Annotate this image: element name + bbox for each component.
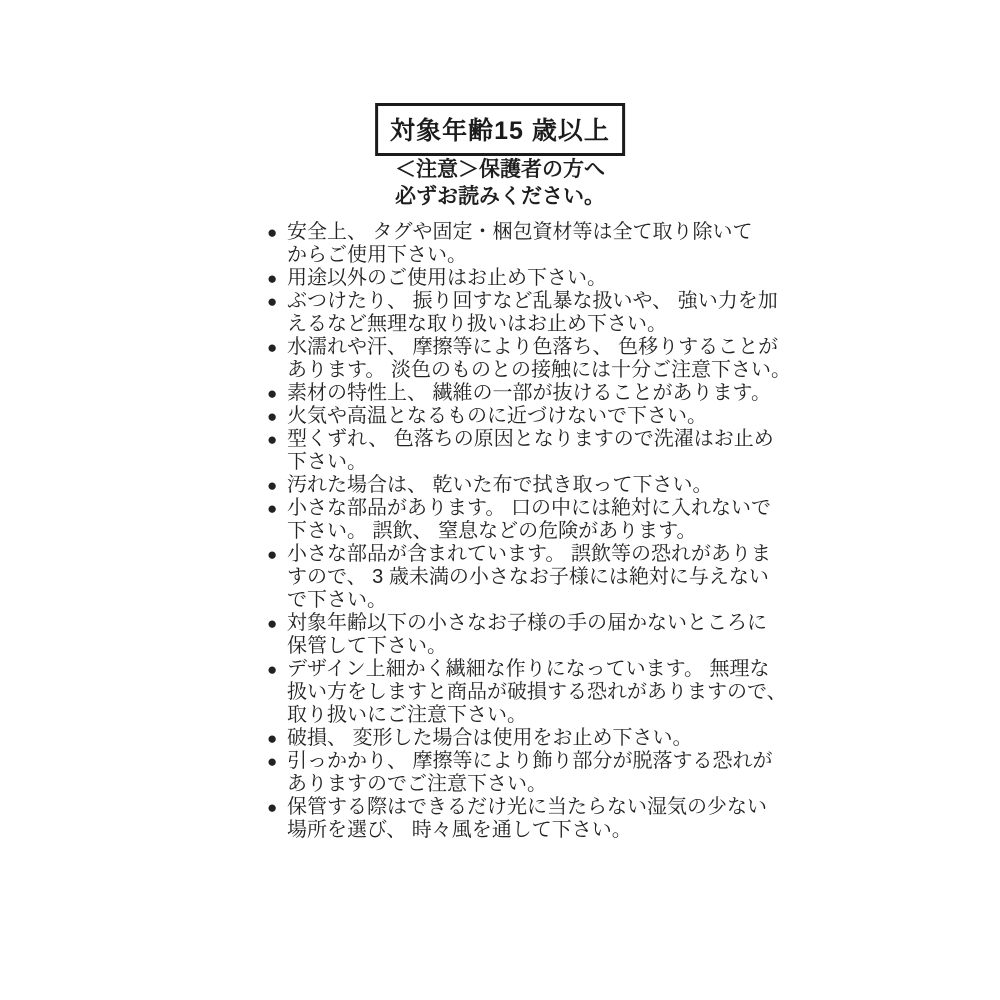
warning-text: 対象年齢以下の小さなお子様の手の届かないところに保管して下さい。 — [287, 612, 767, 658]
warning-item: ●素材の特性上、 繊維の一部が抜けることがあります。 — [267, 382, 753, 405]
bullet-icon: ● — [267, 497, 287, 520]
bullet-icon: ● — [267, 336, 287, 359]
bullet-icon: ● — [267, 382, 287, 405]
warning-text: 小さな部品があります。 口の中には絶対に入れないで下さい。 誤飲、 窒息などの危… — [287, 497, 771, 543]
warning-item: ●小さな部品があります。 口の中には絶対に入れないで下さい。 誤飲、 窒息などの… — [267, 497, 753, 543]
warning-item: ●保管する際はできるだけ光に当たらない湿気の少ない場所を選び、 時々風を通して下… — [267, 796, 753, 842]
warning-item: ●火気や高温となるものに近づけないで下さい。 — [267, 405, 753, 428]
bullet-icon: ● — [267, 727, 287, 750]
bullet-icon: ● — [267, 267, 287, 290]
warning-text: 小さな部品が含まれています。 誤飲等の恐れがありますので、 3 歳未満の小さなお… — [287, 543, 771, 612]
warning-text: 破損、 変形した場合は使用をお止め下さい。 — [287, 727, 753, 750]
warning-item: ●小さな部品が含まれています。 誤飲等の恐れがありますので、 3 歳未満の小さな… — [267, 543, 753, 612]
warning-item: ●汚れた場合は、 乾いた布で拭き取って下さい。 — [267, 474, 753, 497]
warning-item: ●ぶつけたり、 振り回すなど乱暴な扱いや、 強い力を加えるなど無理な取り扱いはお… — [267, 290, 753, 336]
bullet-icon: ● — [267, 750, 287, 773]
warning-text: 素材の特性上、 繊維の一部が抜けることがあります。 — [287, 382, 771, 405]
warning-item: ●デザイン上細かく繊細な作りになっています。 無理な扱い方をしますと商品が破損す… — [267, 658, 753, 727]
warning-item: ●用途以外のご使用はお止め下さい。 — [267, 267, 753, 290]
bullet-icon: ● — [267, 221, 287, 244]
warning-text: 用途以外のご使用はお止め下さい。 — [287, 267, 753, 290]
warning-text: 引っかかり、 摩擦等により飾り部分が脱落する恐れがありますのでご注意下さい。 — [287, 750, 773, 796]
bullet-icon: ● — [267, 612, 287, 635]
warning-item: ●引っかかり、 摩擦等により飾り部分が脱落する恐れがありますのでご注意下さい。 — [267, 750, 753, 796]
warning-text: デザイン上細かく繊細な作りになっています。 無理な扱い方をしますと商品が破損する… — [287, 658, 787, 727]
warning-item: ●型くずれ、 色落ちの原因となりますので洗濯はお止め下さい。 — [267, 428, 753, 474]
warning-text: 汚れた場合は、 乾いた布で拭き取って下さい。 — [287, 474, 753, 497]
warning-text: 安全上、 タグや固定・梱包資材等は全て取り除いてからご使用下さい。 — [287, 221, 753, 267]
warning-text: 保管する際はできるだけ光に当たらない湿気の少ない場所を選び、 時々風を通して下さ… — [287, 796, 767, 842]
bullet-icon: ● — [267, 405, 287, 428]
caution-heading-line2: 必ずお読みください。 — [0, 183, 1000, 210]
warning-text: 火気や高温となるものに近づけないで下さい。 — [287, 405, 753, 428]
warning-item: ●安全上、 タグや固定・梱包資材等は全て取り除いてからご使用下さい。 — [267, 221, 753, 267]
warning-text: 水濡れや汗、 摩擦等により色落ち、 色移りすることがあります。 淡色のものとの接… — [287, 336, 791, 382]
bullet-icon: ● — [267, 796, 287, 819]
warning-item: ●水濡れや汗、 摩擦等により色落ち、 色移りすることがあります。 淡色のものとの… — [267, 336, 753, 382]
warning-list: ●安全上、 タグや固定・梱包資材等は全て取り除いてからご使用下さい。●用途以外の… — [267, 221, 753, 842]
warning-text: ぶつけたり、 振り回すなど乱暴な扱いや、 強い力を加えるなど無理な取り扱いはお止… — [287, 290, 778, 336]
caution-heading-line1: ＜注意＞保護者の方へ — [0, 156, 1000, 183]
caution-heading: ＜注意＞保護者の方へ 必ずお読みください。 — [0, 156, 1000, 210]
warning-text: 型くずれ、 色落ちの原因となりますので洗濯はお止め下さい。 — [287, 428, 774, 474]
warning-item: ●破損、 変形した場合は使用をお止め下さい。 — [267, 727, 753, 750]
bullet-icon: ● — [267, 428, 287, 451]
target-age-box: 対象年齢15 歳以上 — [375, 103, 625, 156]
caution-label-page: 対象年齢15 歳以上 ＜注意＞保護者の方へ 必ずお読みください。 ●安全上、 タ… — [0, 0, 1000, 1000]
bullet-icon: ● — [267, 474, 287, 497]
bullet-icon: ● — [267, 543, 287, 566]
bullet-icon: ● — [267, 290, 287, 313]
bullet-icon: ● — [267, 658, 287, 681]
warning-item: ●対象年齢以下の小さなお子様の手の届かないところに保管して下さい。 — [267, 612, 753, 658]
